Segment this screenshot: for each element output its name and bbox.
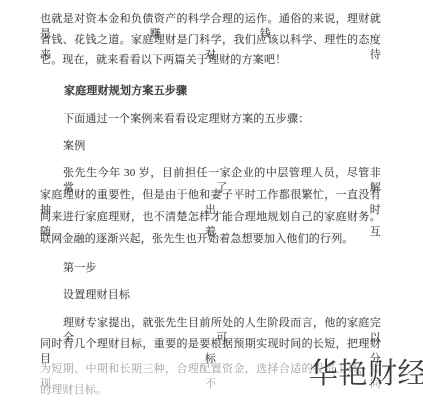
text-line: 联网金融的逐渐兴起，张先生也开始着急想要加入他们的行列。 <box>40 232 354 247</box>
step-label: 第一步 <box>63 261 97 276</box>
section-heading: 家庭理财规划方案五步骤 <box>64 84 187 99</box>
text-line: 下面通过一个案例来看看设定理财方案的五步骤： <box>63 112 309 127</box>
step-title: 设置理财目标 <box>63 288 130 303</box>
document-page: 也就是对资本金和负债资产的科学合理的运作。通俗的来说，理财就是赚钱、 省钱、花钱… <box>0 0 423 400</box>
watermark-text: 华艳财经 <box>309 357 423 391</box>
case-label: 案例 <box>63 139 85 154</box>
text-line: 它。现在，就来看看以下两篇关于理财的方案吧！ <box>40 53 286 68</box>
text-line-faded: 的理财目标。 <box>40 383 107 398</box>
